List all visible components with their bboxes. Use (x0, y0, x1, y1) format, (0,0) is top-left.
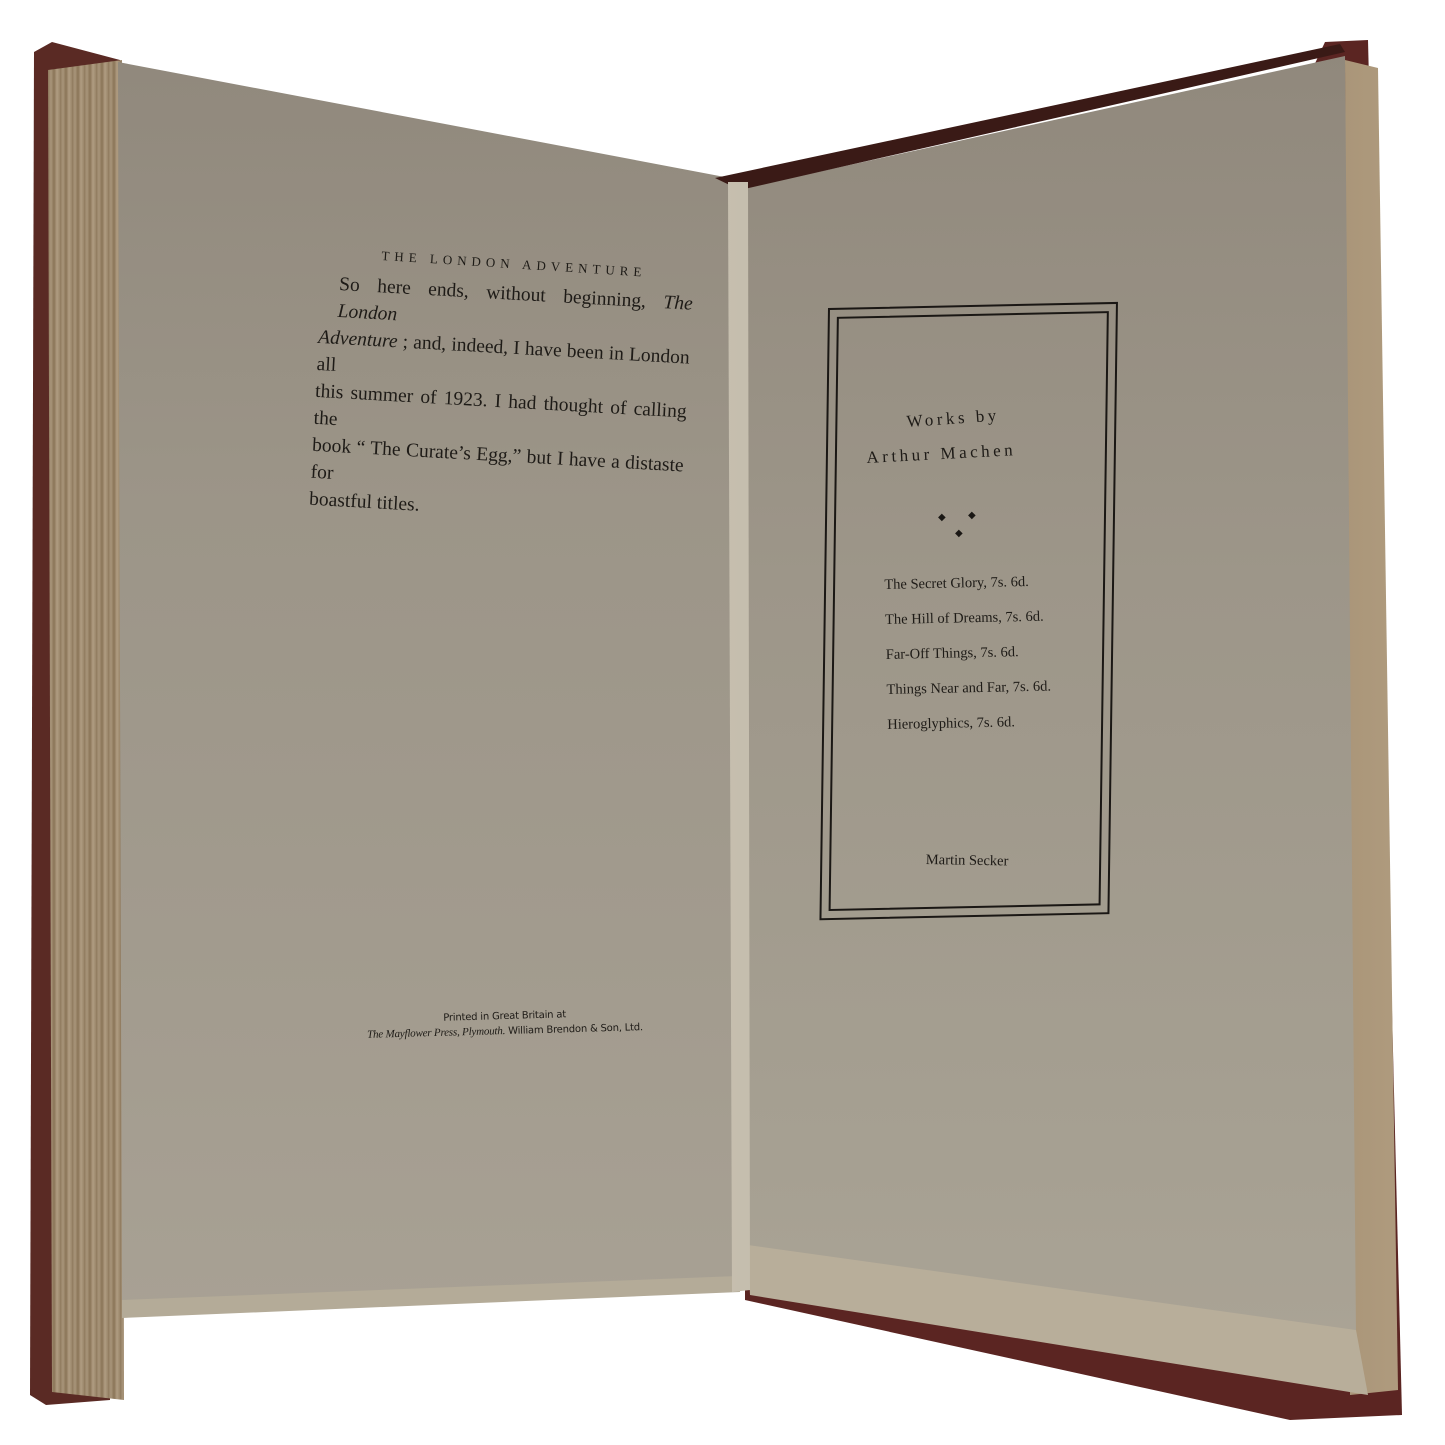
book-list-item: Hieroglyphics, 7s. 6d. (887, 705, 1052, 743)
book-list-item: Far-Off Things, 7s. 6d. (885, 635, 1050, 673)
imprint-printer: William Brendon & Son, Ltd. (505, 1022, 643, 1037)
closing-paragraph: So here ends, without beginning, The Lon… (308, 270, 693, 533)
diamond-ornament-icon: ◆ (938, 512, 946, 523)
title-italic: Adventure (318, 327, 398, 352)
book-list-item: Things Near and Far, 7s. 6d. (886, 670, 1051, 708)
book-list-item: The Hill of Dreams, 7s. 6d. (885, 600, 1050, 638)
imprint-press: The Mayflower Press, Plymouth. (367, 1025, 505, 1041)
diamond-ornament-icon: ◆ (955, 528, 963, 539)
book-list-item: The Secret Glory, 7s. 6d. (884, 565, 1049, 603)
diamond-ornament-icon: ◆ (968, 510, 976, 521)
publisher-name: Martin Secker (926, 852, 1009, 870)
book-list: The Secret Glory, 7s. 6d. The Hill of Dr… (884, 565, 1052, 743)
